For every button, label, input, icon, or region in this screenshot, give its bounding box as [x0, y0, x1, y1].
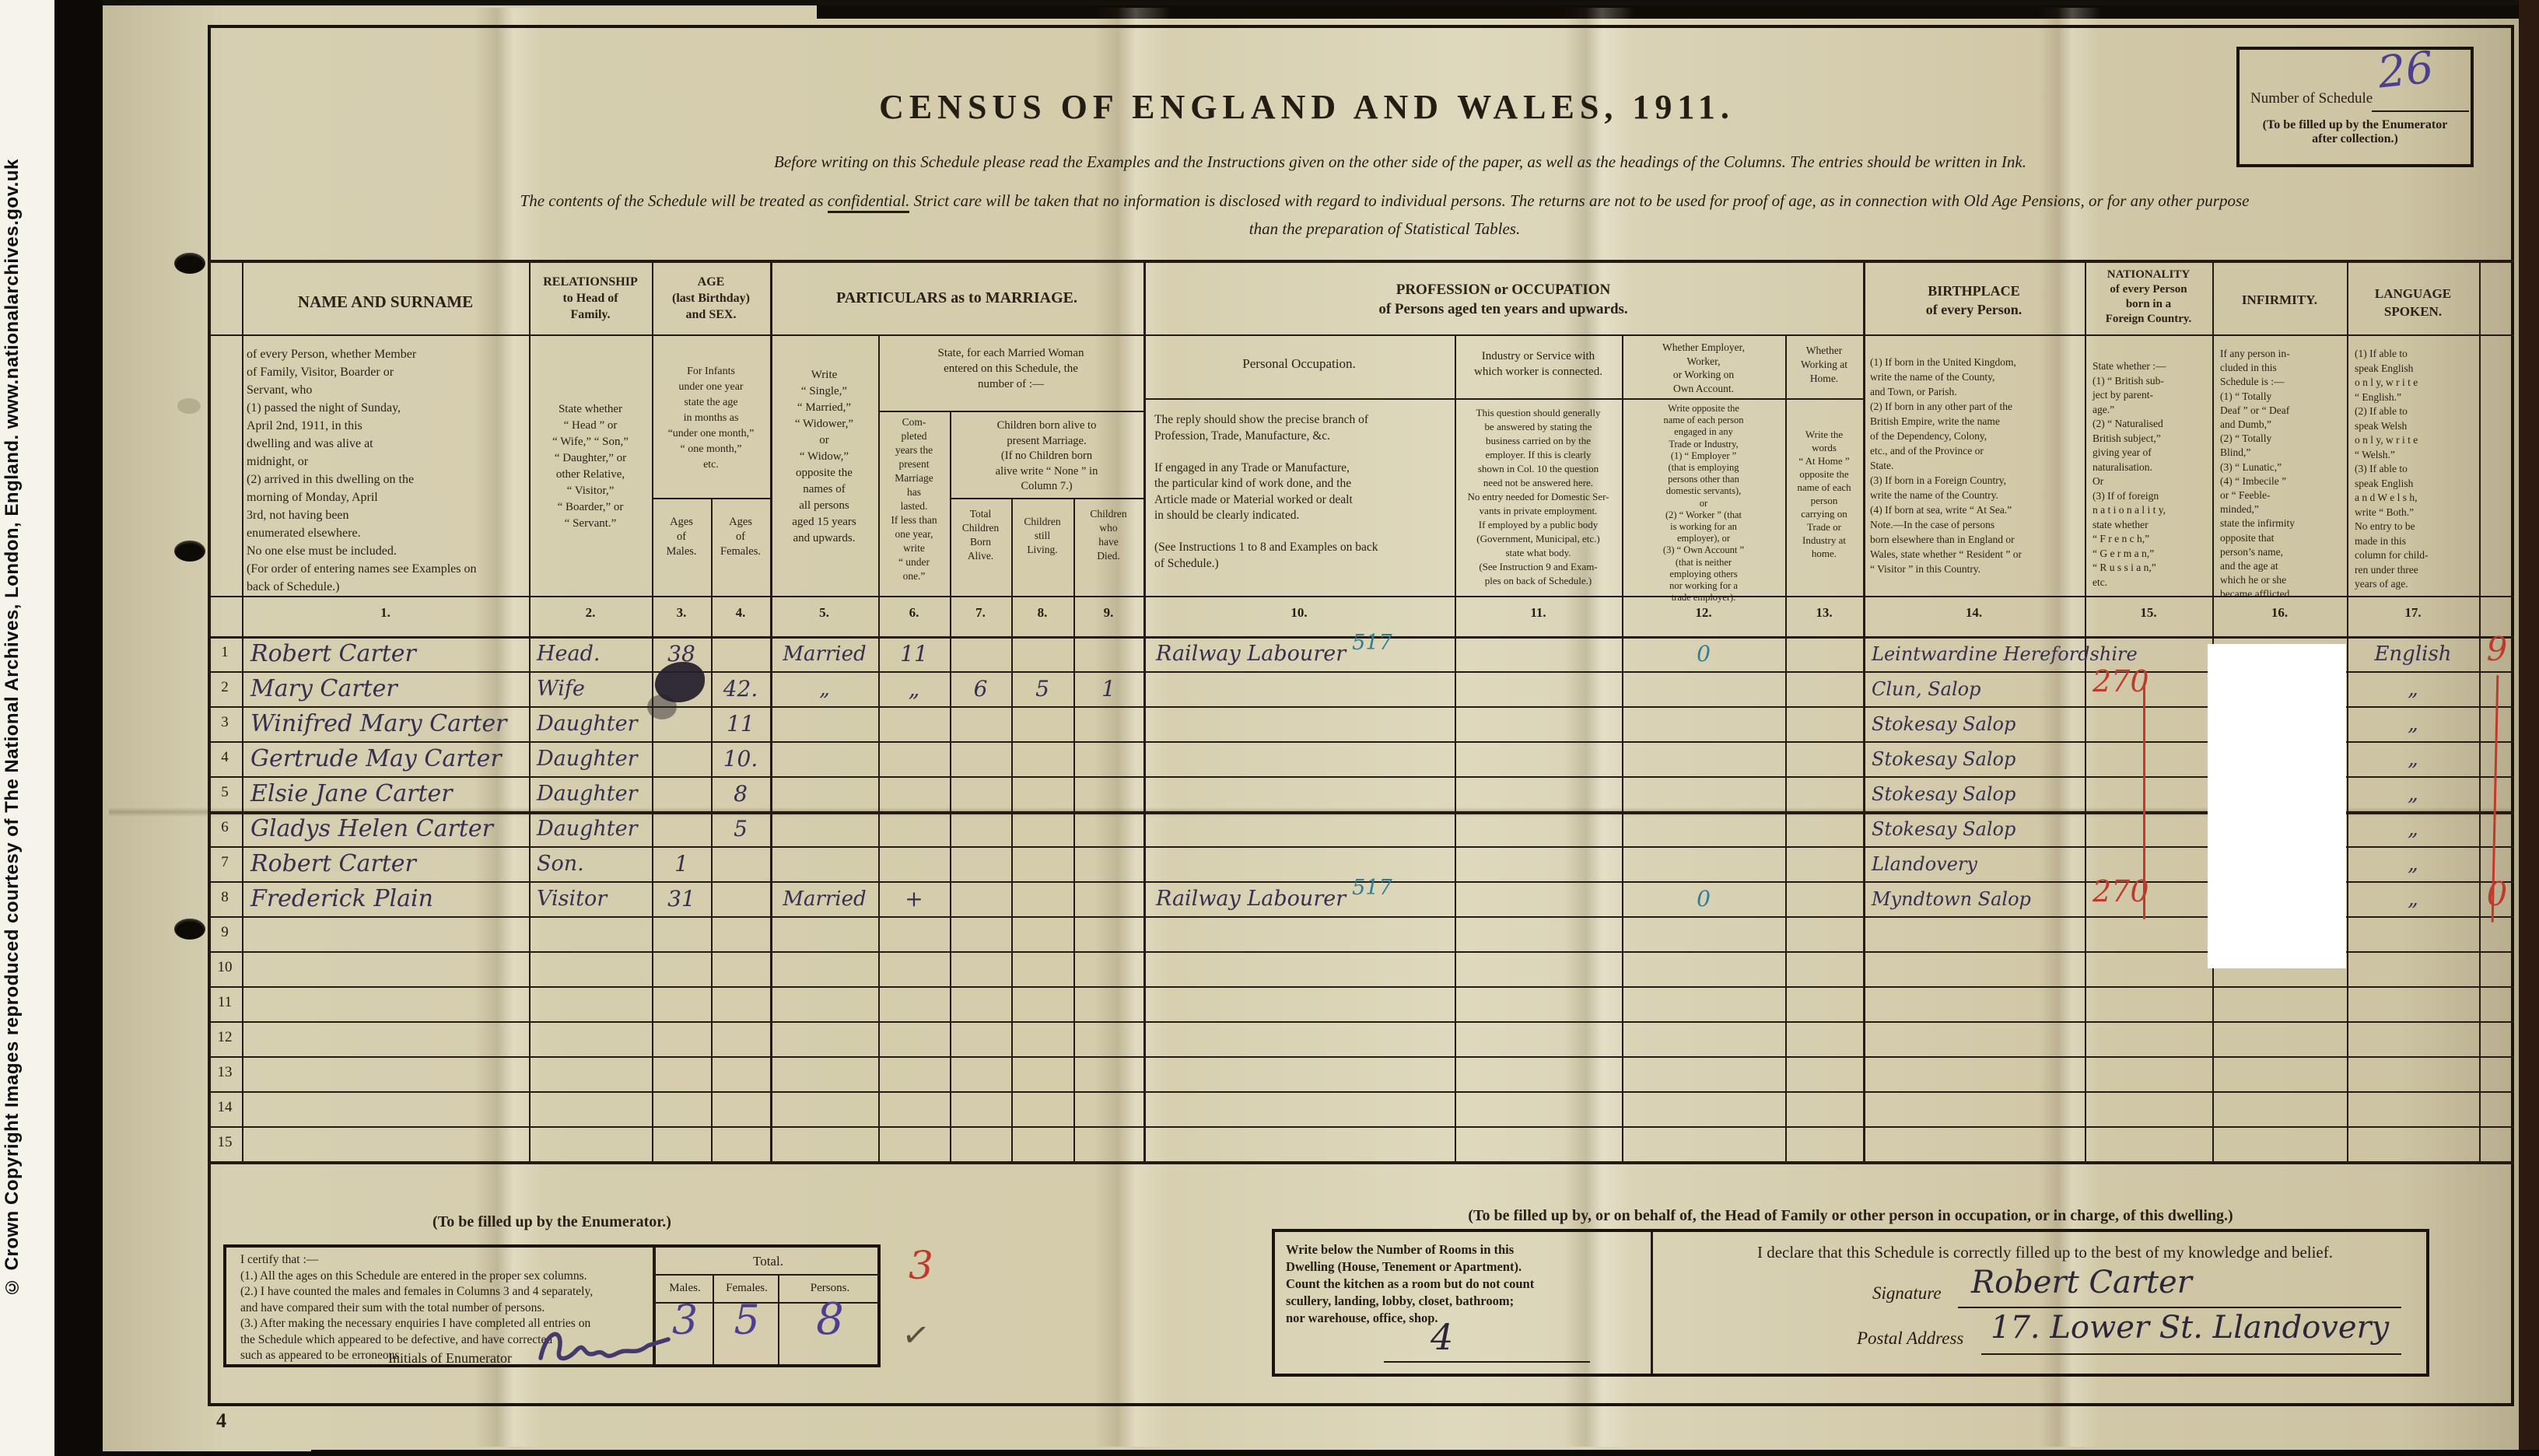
page-number: 4 — [216, 1409, 226, 1433]
signature-value: Robert Carter — [1971, 1265, 2192, 1300]
cell-years-married: 11 — [880, 638, 948, 670]
col-group-infirmity: INFIRMITY. — [2212, 292, 2347, 308]
cell-nationality-code: 270 — [2092, 875, 2209, 908]
row-number: 14 — [208, 1099, 242, 1116]
schedule-number-rule — [2372, 110, 2469, 112]
schedule-number-box: Number of Schedule 26 (To be filled up b… — [2236, 47, 2474, 167]
grid-vline — [770, 260, 772, 1161]
column-number: 10. — [1143, 605, 1455, 621]
cell-occupation: Railway Labourer517 — [1156, 638, 1453, 670]
cell-birthplace: Stokesay Salop — [1872, 743, 2083, 775]
dwelling-box-divider — [1651, 1232, 1653, 1374]
col-desc-relationship: State whether “ Head ” or “ Wife,” “ Son… — [529, 401, 652, 532]
col-group-relationship: RELATIONSHIP to Head of Family. — [529, 274, 652, 323]
col-group-birthplace: BIRTHPLACE of every Person. — [1863, 282, 2085, 319]
cell-age-f: 10. — [713, 743, 769, 775]
cell-relationship: Daughter — [537, 708, 649, 740]
cell-language: „ — [2348, 708, 2478, 740]
cell-name: Gladys Helen Carter — [250, 813, 524, 845]
cell-marriage: „ — [773, 673, 876, 705]
row-number: 4 — [208, 749, 242, 766]
cell-birthplace: Stokesay Salop — [1872, 708, 2083, 740]
ink-blot — [647, 695, 677, 719]
grid-vline — [242, 260, 243, 1161]
cell-birthplace: Stokesay Salop — [1872, 778, 2083, 810]
col-group-marriage: PARTICULARS as to MARRIAGE. — [770, 289, 1143, 307]
cell-birthplace: Stokesay Salop — [1872, 813, 2083, 845]
cell-name: Gertrude May Carter — [250, 743, 524, 775]
census-scan-root: { "colors":{"paper":"#d6cfb1","print_ink… — [0, 0, 2539, 1456]
grid-hline — [1143, 398, 1863, 400]
cell-birthplace: Clun, Salop — [1872, 673, 2083, 705]
total-label: Total. — [656, 1254, 881, 1269]
grid-vline — [1622, 334, 1623, 1161]
column-number: 13. — [1785, 605, 1863, 621]
females-label: Females. — [714, 1282, 779, 1295]
col-desc-total-born: Total Children Born Alive. — [950, 507, 1011, 563]
col-group-profession: PROFESSION or OCCUPATION of Persons aged… — [1143, 280, 1863, 319]
total-persons-value: 8 — [779, 1294, 881, 1345]
grid-hline — [208, 1021, 2514, 1023]
cell-age-m: 1 — [653, 848, 709, 880]
enumerator-box: I certify that :— (1.) All the ages on t… — [223, 1244, 881, 1367]
grid-hline — [652, 498, 770, 499]
enumerator-initials-signature — [530, 1322, 678, 1367]
row-number: 9 — [208, 924, 242, 941]
punch-hole — [174, 253, 205, 274]
row-number: 7 — [208, 854, 242, 871]
cell-margin-mark: 0 — [2481, 878, 2513, 911]
row-number: 12 — [208, 1029, 242, 1046]
red-bracket-line-nationality — [2143, 686, 2145, 919]
col-desc-athome: Write the words “ At Home ” opposite the… — [1785, 428, 1863, 560]
col-desc-ages-males: Ages of Males. — [652, 515, 711, 559]
cell-employer: 0 — [1623, 638, 1784, 670]
column-number: 3. — [652, 605, 711, 621]
row-number: 11 — [208, 994, 242, 1011]
scan-right-edge — [2519, 0, 2539, 1456]
rooms-instructions: Write below the Number of Rooms in this … — [1286, 1241, 1642, 1327]
col-desc-language: (1) If able to speak English o n l y, w … — [2355, 347, 2473, 592]
preamble-2-pre: The contents of the Schedule will be tre… — [520, 191, 828, 210]
cell-age-f: 8 — [713, 778, 769, 810]
cell-marriage: Married — [773, 638, 876, 670]
grid-hline — [208, 916, 2514, 918]
punch-dent — [177, 398, 201, 414]
cell-language: „ — [2348, 848, 2478, 880]
cell-birthplace: Llandovery — [1872, 848, 2083, 880]
cell-relationship: Son. — [537, 848, 649, 880]
cell-relationship: Daughter — [537, 813, 649, 845]
scan-top-sliver — [103, 0, 2539, 5]
cell-marriage: Married — [773, 883, 876, 915]
column-number: 14. — [1863, 605, 2085, 621]
enumerator-section-label: (To be filled up by the Enumerator.) — [223, 1213, 881, 1231]
cell-name: Elsie Jane Carter — [250, 778, 524, 810]
col-desc-nationality: State whether :— (1) “ British sub- ject… — [2092, 359, 2208, 590]
preamble-2-post: Strict care will be taken that no inform… — [909, 191, 2249, 210]
total-rule — [656, 1274, 881, 1276]
row-number: 6 — [208, 819, 242, 836]
cell-relationship: Daughter — [537, 778, 649, 810]
col-desc-ages-females: Ages of Females. — [711, 515, 770, 559]
col-group-nationality: NATIONALITY of every Person born in a Fo… — [2085, 268, 2212, 327]
grid-vline — [950, 411, 951, 1161]
column-number: 1. — [242, 605, 529, 621]
grid-vline — [529, 260, 531, 1161]
cell-occupation: Railway Labourer517 — [1156, 883, 1453, 915]
rooms-value: 4 — [1431, 1316, 1453, 1358]
col-desc-industry: This question should generally be answer… — [1458, 406, 1619, 588]
grid-vline — [2479, 260, 2481, 1161]
col-desc-single: Write “ Single,” “ Married,” “ Widower,”… — [770, 367, 878, 547]
cell-language: English — [2348, 638, 2478, 670]
redaction-box — [2208, 644, 2346, 968]
grid-hline — [208, 951, 2514, 953]
schedule-number-value: 26 — [2376, 42, 2436, 98]
col-desc-employer: Write opposite the name of each person e… — [1624, 403, 1783, 604]
column-number: 5. — [770, 605, 878, 621]
cell-language: „ — [2348, 673, 2478, 705]
occupation-code: 517 — [1352, 631, 1392, 655]
column-number: 4. — [711, 605, 770, 621]
occupation-code: 517 — [1352, 876, 1392, 900]
column-number: 7. — [950, 605, 1011, 621]
cell-children-born: 6 — [951, 673, 1010, 705]
row-number: 5 — [208, 784, 242, 801]
form-title: CENSUS OF ENGLAND AND WALES, 1911. — [700, 87, 1914, 127]
col-desc-birthplace: (1) If born in the United Kingdom, write… — [1870, 355, 2078, 576]
col-title-industry: Industry or Service with which worker is… — [1455, 348, 1622, 380]
row-number: 13 — [208, 1064, 242, 1081]
rooms-rule — [1384, 1361, 1590, 1363]
cell-relationship: Daughter — [537, 743, 649, 775]
preamble-line-2: The contents of the Schedule will be tre… — [264, 191, 2505, 211]
row-number: 15 — [208, 1134, 242, 1151]
cell-name: Robert Carter — [250, 848, 524, 880]
col-desc-infants: For Infants under one year state the age… — [652, 364, 770, 473]
cell-language: „ — [2348, 778, 2478, 810]
col-desc-still-living: Children still Living. — [1011, 515, 1073, 557]
row-number: 3 — [208, 714, 242, 731]
address-label: Postal Address — [1857, 1328, 1963, 1349]
grid-vline — [878, 334, 880, 1161]
signature-rule — [1958, 1307, 2401, 1308]
grid-hline — [878, 411, 1143, 412]
cell-children-died: 1 — [1075, 673, 1142, 705]
punch-hole — [174, 919, 205, 940]
cell-birthplace: Myndtown Salop — [1872, 883, 2083, 915]
dwelling-declaration-box: Write below the Number of Rooms in this … — [1272, 1229, 2429, 1377]
grid-vline — [2085, 260, 2086, 1161]
row-number: 1 — [208, 644, 242, 661]
punch-hole — [174, 541, 205, 562]
preamble-line-1: Before writing on this Schedule please r… — [311, 152, 2489, 172]
cell-age-f: 11 — [713, 708, 769, 740]
cell-language: „ — [2348, 813, 2478, 845]
signature-label: Signature — [1872, 1283, 1942, 1304]
grid-hline — [208, 334, 2514, 336]
col-desc-have-died: Children who have Died. — [1073, 507, 1143, 563]
grid-vline — [1455, 334, 1456, 1161]
grid-hline — [208, 596, 2514, 597]
cell-age-f: 5 — [713, 813, 769, 845]
address-rule — [1981, 1353, 2401, 1355]
checker-number: 3 — [909, 1243, 933, 1288]
column-number: 12. — [1622, 605, 1785, 621]
row-number: 2 — [208, 679, 242, 696]
preamble-line-3: than the preparation of Statistical Tabl… — [264, 219, 2505, 239]
checker-tick: ✓ — [900, 1314, 933, 1356]
cell-nationality-code: 270 — [2092, 665, 2209, 698]
grid-hline — [208, 1091, 2514, 1093]
col-group-language: LANGUAGE SPOKEN. — [2347, 285, 2479, 320]
col-title-personal-occupation: Personal Occupation. — [1143, 356, 1455, 372]
grid-hline — [950, 498, 1143, 499]
col-desc-personal-occupation: The reply should show the precise branch… — [1154, 412, 1450, 572]
dwelling-section-label: (To be filled up by, or on behalf of, th… — [1272, 1207, 2429, 1225]
column-number: 11. — [1455, 605, 1622, 621]
cell-employer: 0 — [1623, 883, 1784, 915]
column-number: 2. — [529, 605, 652, 621]
grid-vline — [1863, 260, 1865, 1161]
cell-age-f: 42. — [713, 673, 769, 705]
cell-name: Winifred Mary Carter — [250, 708, 524, 740]
col-desc-children-header: Children born alive to present Marriage.… — [950, 418, 1143, 495]
cell-name: Mary Carter — [250, 673, 524, 705]
cell-birthplace: Leintwardine Herefordshire — [1872, 638, 2083, 670]
cell-name: Robert Carter — [250, 638, 524, 670]
confidential-underlined: confidential. — [828, 191, 910, 213]
total-females-value: 5 — [714, 1297, 779, 1344]
cell-relationship: Visitor — [537, 883, 649, 915]
column-number: 8. — [1011, 605, 1073, 621]
persons-label: Persons. — [779, 1282, 881, 1295]
cell-relationship: Wife — [537, 673, 649, 705]
col-title-athome: Whether Working at Home. — [1785, 344, 1863, 386]
col-group-name: NAME AND SURNAME — [242, 292, 529, 312]
column-number: 16. — [2212, 605, 2347, 621]
cell-name: Frederick Plain — [250, 883, 524, 915]
grid-hline — [208, 1056, 2514, 1058]
grid-hline — [208, 260, 2514, 263]
declaration-text: I declare that this Schedule is correctl… — [1664, 1243, 2426, 1262]
row-number: 8 — [208, 889, 242, 906]
cell-age-m: 31 — [653, 883, 709, 915]
col-desc-married-woman: State, for each Married Woman entered on… — [878, 345, 1143, 392]
col-desc-completed-years: Com- pleted years the present Marriage h… — [878, 415, 950, 583]
cell-relationship: Head. — [537, 638, 649, 670]
grid-vline — [1143, 260, 1146, 1161]
cell-language: „ — [2348, 743, 2478, 775]
address-value: 17. Lower St. Llandovery — [1991, 1310, 2389, 1346]
cell-years-married: + — [880, 883, 948, 915]
enumerator-initials-label: Initials of Enumerator — [388, 1350, 512, 1367]
cell-years-married: „ — [880, 673, 948, 705]
grid-hline — [208, 986, 2514, 988]
cell-children-living: 5 — [1013, 673, 1072, 705]
row-number: 10 — [208, 959, 242, 976]
schedule-number-label: Number of Schedule — [2250, 90, 2373, 107]
column-number: 15. — [2085, 605, 2212, 621]
grid-vline — [1785, 334, 1787, 1161]
males-label: Males. — [656, 1282, 714, 1295]
column-number: 9. — [1073, 605, 1143, 621]
grid-hline — [208, 1126, 2514, 1128]
cell-language: „ — [2348, 883, 2478, 915]
copyright-text: © Crown Copyright Images reproduced cour… — [2, 0, 51, 1456]
col-group-age: AGE (last Birthday) and SEX. — [652, 274, 770, 323]
occupation-text: Railway Labourer — [1156, 642, 1346, 666]
occupation-text: Railway Labourer — [1156, 887, 1346, 911]
col-desc-infirmity: If any person in- cluded in this Schedul… — [2220, 347, 2341, 602]
grid-hline — [208, 1161, 2514, 1164]
cell-margin-mark: 9 — [2481, 633, 2513, 666]
col-title-employer: Whether Employer, Worker, or Working on … — [1622, 341, 1785, 395]
schedule-number-note: (To be filled up by the Enumerator after… — [2240, 118, 2471, 146]
scan-bottom-edge — [311, 1450, 2539, 1456]
col-desc-name: of every Person, whether Member of Famil… — [247, 345, 527, 596]
column-number: 17. — [2347, 605, 2479, 621]
column-number: 6. — [878, 605, 950, 621]
